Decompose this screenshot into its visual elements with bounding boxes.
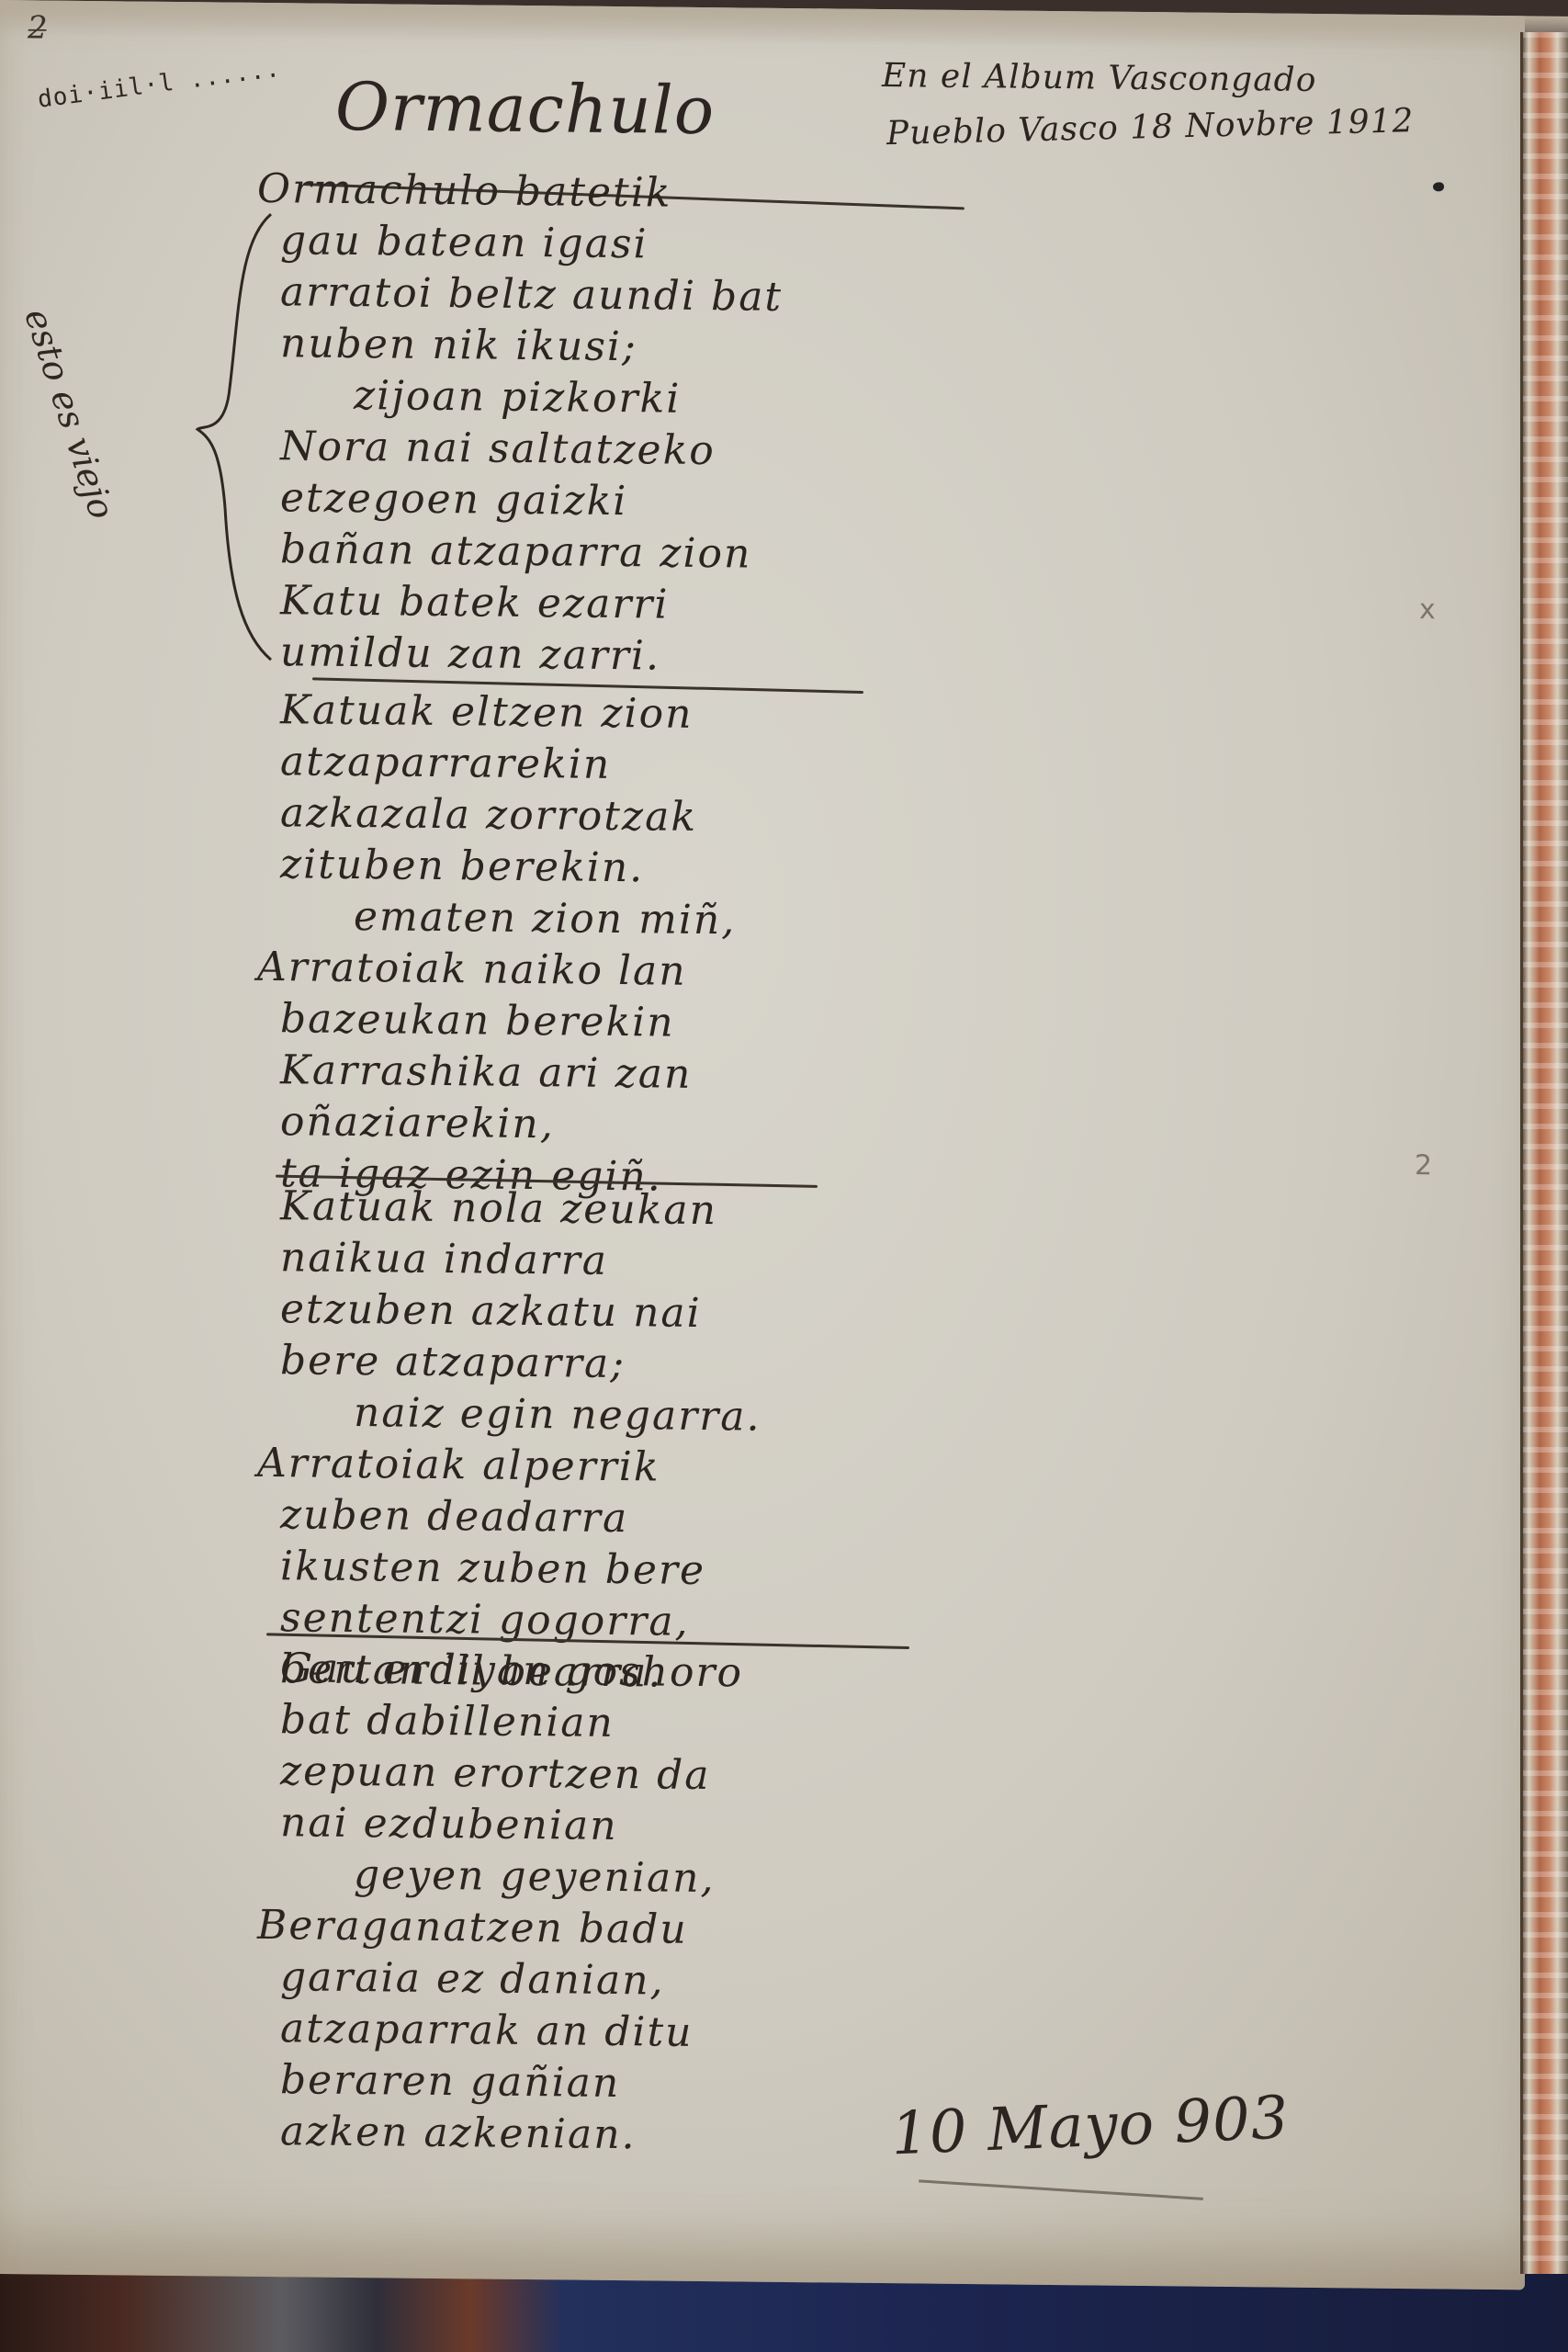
poem-line: oñaziarekin, — [280, 1096, 736, 1152]
poem-line: atzaparrak an ditu — [280, 2003, 743, 2059]
poem-line: Katuak nola zeukan — [280, 1181, 761, 1237]
margin-mark-x: x — [1419, 594, 1436, 626]
poem-line: azkazala zorrotzak — [280, 787, 736, 843]
poem-title: Ormachulo — [335, 68, 715, 149]
poem-line: nuben nik ikusi; — [280, 318, 783, 375]
poem-line: bat dabillenian — [280, 1694, 743, 1750]
page-top-shadow — [0, 0, 1568, 53]
poem-line: Katuak eltzen zion — [280, 684, 736, 741]
corner-mark: 2̶ — [28, 9, 49, 46]
poem-line: geyen geyenian, — [280, 1849, 743, 1905]
poem-line: Nora nai saltatzeko — [280, 421, 783, 478]
poem-line: Arratoiak naiko lan — [257, 942, 736, 998]
margin-note: esto es viejo — [17, 304, 122, 524]
stanza-4: Gau erdiyan goshoro bat dabillenian zepu… — [280, 1643, 743, 2162]
poem-line: bere atzaparra; — [280, 1335, 761, 1391]
poem-line: nai ezdubenian — [280, 1797, 743, 1853]
margin-mark-2: 2 — [1415, 1149, 1432, 1182]
poem-line: azken azkenian. — [280, 2106, 743, 2162]
poem-line: zepuan erortzen da — [280, 1746, 743, 1802]
manuscript-page: 2̶ doi·iil·l ...... Ormachulo En el Albu… — [0, 0, 1525, 2290]
poem-line: gau batean igasi — [280, 215, 783, 272]
poem-line: Gau erdiyan goshoro — [280, 1643, 743, 1699]
stanza-3: Katuak nola zeukan naikua indarra etzube… — [280, 1181, 761, 1700]
book-spine-edge — [1520, 32, 1568, 2274]
poem-line: umildu zan zarri. — [280, 627, 783, 684]
poem-line: etzegoen gaizki — [280, 472, 783, 529]
signed-date: 10 Mayo 903 — [889, 2084, 1291, 2168]
poem-line: naikua indarra — [280, 1232, 761, 1288]
poem-line: atzaparrarekin — [280, 736, 736, 792]
poem-line: beraren gañian — [280, 2054, 743, 2110]
catalog-mark: doi·iil·l ...... — [36, 55, 282, 114]
poem-line: bazeukan berekin — [280, 993, 736, 1049]
date-underline — [919, 2179, 1203, 2199]
poem-line: bañan atzaparra zion — [280, 524, 783, 581]
poem-line: Karrashika ari zan — [280, 1045, 736, 1101]
brace-icon — [184, 204, 276, 664]
poem-line: ikusten zuben bere — [280, 1541, 761, 1597]
publication-note-line-2: Pueblo Vasco 18 Novbre 1912 — [886, 115, 886, 153]
poem-line: Beraganatzen badu — [257, 1900, 743, 1957]
poem-line: etzuben azkatu nai — [280, 1283, 761, 1340]
poem-line: Arratoiak alperrik — [257, 1438, 761, 1495]
stanza-1: Ormachulo batetik gau batean igasi arrat… — [280, 164, 783, 684]
poem-line: Ormachulo batetik — [257, 164, 783, 220]
stanza-2: Katuak eltzen zion atzaparrarekin azkaza… — [280, 684, 736, 1204]
poem-line: naiz egin negarra. — [280, 1386, 761, 1442]
poem-line: ematen zion miñ, — [280, 890, 736, 946]
poem-line: zijoan pizkorki — [280, 369, 783, 426]
poem-line: arratoi beltz aundi bat — [280, 266, 783, 323]
poem-line: zituben berekin. — [280, 839, 736, 895]
poem-line: zuben deadarra — [280, 1489, 761, 1545]
poem-line: garaia ez danian, — [280, 1951, 743, 2007]
poem-line: Katu batek ezarri — [280, 575, 783, 632]
ink-blot — [1433, 182, 1444, 191]
